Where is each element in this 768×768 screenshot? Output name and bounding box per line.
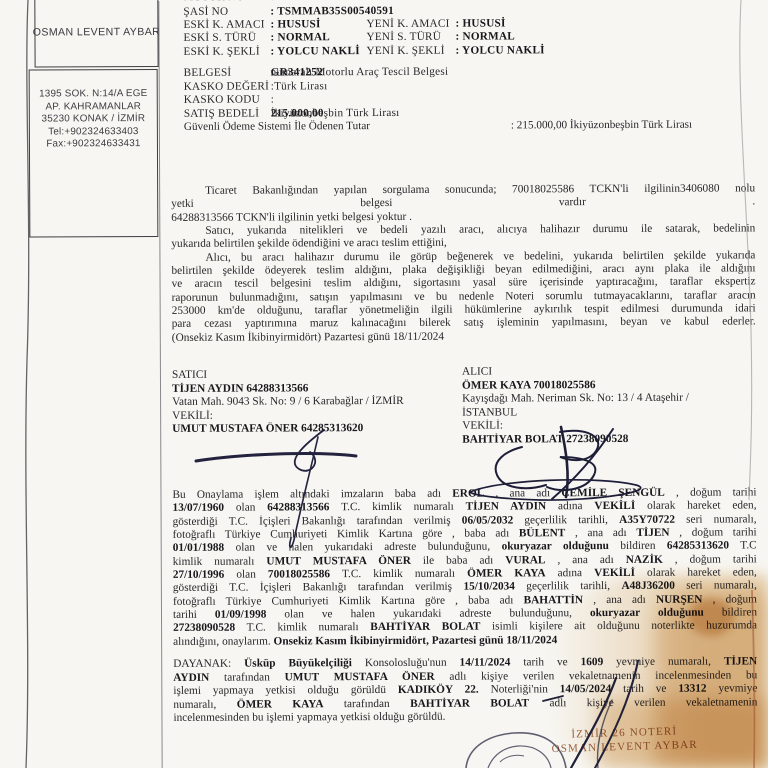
text-line: VEKİLİ: xyxy=(172,408,462,423)
address-line: Tel:+902324633403 xyxy=(30,126,157,139)
text-line: alındığını, onaylarım. Onsekiz Kasım İki… xyxy=(173,633,757,649)
text-line: Kayışdağı Mah. Neriman Sk. No: 13 / 4 At… xyxy=(462,391,762,406)
secure-payment-label: Güvenli Ödeme Sistemi İle Ödenen Tutar xyxy=(184,120,370,133)
secure-payment-row: Güvenli Ödeme Sistemi İle Ödenen Tutar :… xyxy=(184,118,759,133)
column-divider-line xyxy=(158,1,162,768)
seller-block: SATICITİJEN AYDIN 64288313566Vatan Mah. … xyxy=(172,368,462,437)
field-row: ESKİ K. ŞEKLİ: YOLCU NAKLİYENİ K. ŞEKLİ:… xyxy=(184,43,759,59)
address-line: AP. KAHRAMANLAR xyxy=(30,101,157,114)
vehicle-fields: ŞASİ NO: TSMMAB35S00540591ESKİ K. AMACI:… xyxy=(183,3,758,58)
notary-approval-paragraph: Bu Onaylama işlem altındaki imzaların ba… xyxy=(172,486,757,649)
text-line: İSTANBUL xyxy=(462,405,762,420)
text-line: (Onsekiz Kasım İkibinyirmidört) Pazartes… xyxy=(172,329,756,345)
text-line: ALICI xyxy=(462,364,762,379)
address-line: Fax:+902324633431 xyxy=(30,138,157,151)
sale-declaration-paragraph: Ticaret Bakanlığından yapılan sorgulama … xyxy=(171,182,756,345)
text-line: Vatan Mah. 9043 Sk. No: 9 / 6 Karabağlar… xyxy=(172,395,462,410)
notary-footer: İZMİR 26 NOTERİ OSMAN LEVENT AYBAR xyxy=(499,723,750,758)
text-line: para cezası yaptırımına maruz kalınacağı… xyxy=(172,316,756,332)
text-line: TİJEN AYDIN 64288313566 xyxy=(172,381,462,396)
document-fields: BELGESİ:GR341252 numaralı Motorlu Araç T… xyxy=(184,64,759,121)
text-line: incelenmesinden bu işlemi yapmaya yetkis… xyxy=(173,710,757,726)
notary-name-box: OSMAN LEVENT AYBAR xyxy=(34,0,158,68)
text-line: VEKİLİ: xyxy=(462,418,762,433)
text-line: yetki belgesi vardır . xyxy=(171,196,755,212)
notary-address-box: 1395 SOK. N:14/A EGEAP. KAHRAMANLAR35230… xyxy=(29,69,159,238)
text-line: 27238090528 T.C. kimlik numaralı BAHTİYA… xyxy=(173,620,757,636)
dayanak-paragraph: DAYANAK: Üsküp Büyükelçiliği Konsolosluğ… xyxy=(173,655,757,726)
text-line: BAHTİYAR BOLAT 27238090528 xyxy=(462,432,762,447)
text-line: SATICI xyxy=(172,368,462,383)
scanned-notary-document: OSMAN LEVENT AYBAR 1395 SOK. N:14/A EGEA… xyxy=(0,0,768,768)
address-line: 1395 SOK. N:14/A EGE xyxy=(30,88,157,101)
buyer-block: ALICIÖMER KAYA 70018025586Kayışdağı Mah.… xyxy=(462,364,762,446)
text-line: ÖMER KAYA 70018025586 xyxy=(462,378,762,393)
secure-payment-value: : 215.000,00 İkiyüzonbeşbin Türk Lirası xyxy=(511,119,692,132)
text-line: UMUT MUSTAFA ÖNER 64285313620 xyxy=(172,422,462,437)
notary-name: OSMAN LEVENT AYBAR xyxy=(33,26,161,39)
address-line: 35230 KONAK / İZMİR xyxy=(30,113,157,126)
